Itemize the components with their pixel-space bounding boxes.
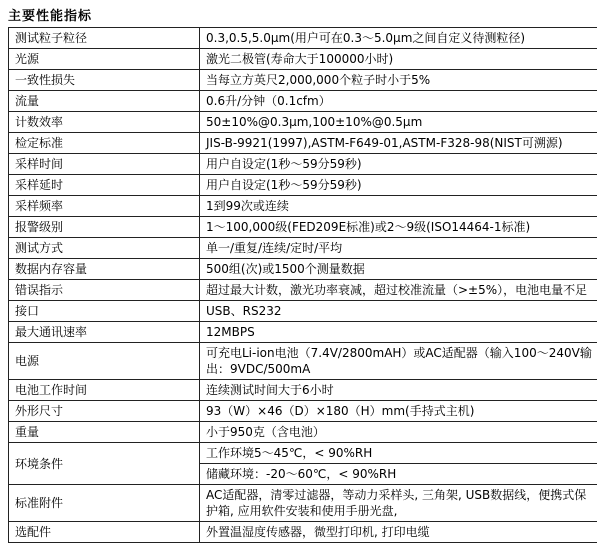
spec-label: 外形尺寸 — [9, 401, 200, 422]
spec-value: 激光二极管(寿命大于100000小时) — [200, 49, 597, 70]
spec-label: 计数效率 — [9, 112, 200, 133]
spec-value: 用户自设定(1秒～59分59秒) — [200, 175, 597, 196]
table-row: 接口USB、RS232 — [9, 301, 597, 322]
table-row: 光源激光二极管(寿命大于100000小时) — [9, 49, 597, 70]
spec-value: 1～100,000级(FED209E标准)或2～9级(ISO14464-1标准) — [200, 217, 597, 238]
spec-label: 一致性损失 — [9, 70, 200, 91]
spec-page: 主要性能指标 测试粒子粒径0.3,0.5,5.0μm(用户可在0.3～5.0μm… — [0, 0, 597, 526]
table-row: 采样频率1到99次或连续 — [9, 196, 597, 217]
spec-label: 报警级别 — [9, 217, 200, 238]
spec-label: 标准附件 — [9, 485, 200, 522]
table-row: 采样时间用户自设定(1秒～59分59秒) — [9, 154, 597, 175]
table-row: 环境条件工作环境5～45℃，< 90%RH — [9, 443, 597, 464]
table-row: 外形尺寸93（W）×46（D）×180（H）mm(手持式主机) — [9, 401, 597, 422]
table-row: 检定标准JIS-B-9921(1997),ASTM-F649-01,ASTM-F… — [9, 133, 597, 154]
table-row: 电源可充电Li-ion电池（7.4V/2800mAH）或AC适配器（输入100～… — [9, 343, 597, 380]
spec-value: JIS-B-9921(1997),ASTM-F649-01,ASTM-F328-… — [200, 133, 597, 154]
table-row: 数据内存容量500组(次)或1500个测量数据 — [9, 259, 597, 280]
spec-value: 500组(次)或1500个测量数据 — [200, 259, 597, 280]
spec-label: 最大通讯速率 — [9, 322, 200, 343]
spec-value: 可充电Li-ion电池（7.4V/2800mAH）或AC适配器（输入100～24… — [200, 343, 597, 380]
spec-label: 选配件 — [9, 522, 200, 543]
spec-value: 连续测试时间大于6小时 — [200, 380, 597, 401]
table-row: 标准附件AC适配器，清零过滤器，等动力采样头, 三角架, USB数据线，便携式保… — [9, 485, 597, 522]
spec-label: 错误指示 — [9, 280, 200, 301]
table-row: 错误指示超过最大计数，激光功率衰减，超过校准流量（>±5%），电池电量不足 — [9, 280, 597, 301]
spec-label: 电源 — [9, 343, 200, 380]
spec-label: 接口 — [9, 301, 200, 322]
spec-value: 当每立方英尺2,000,000个粒子时小于5% — [200, 70, 597, 91]
table-row: 流量0.6升/分钟（0.1cfm） — [9, 91, 597, 112]
spec-label: 流量 — [9, 91, 200, 112]
table-row: 选配件外置温湿度传感器，微型打印机, 打印电缆 — [9, 522, 597, 543]
spec-value: 12MBPS — [200, 322, 597, 343]
spec-value: USB、RS232 — [200, 301, 597, 322]
spec-label: 数据内存容量 — [9, 259, 200, 280]
table-row: 重量小于950克（含电池） — [9, 422, 597, 443]
spec-table-body: 测试粒子粒径0.3,0.5,5.0μm(用户可在0.3～5.0μm之间自定义待测… — [9, 28, 597, 543]
spec-value: 储藏环境：-20～60℃，< 90%RH — [200, 464, 597, 485]
table-row: 报警级别1～100,000级(FED209E标准)或2～9级(ISO14464-… — [9, 217, 597, 238]
spec-label: 测试粒子粒径 — [9, 28, 200, 49]
spec-table: 测试粒子粒径0.3,0.5,5.0μm(用户可在0.3～5.0μm之间自定义待测… — [8, 27, 597, 543]
spec-value: 小于950克（含电池） — [200, 422, 597, 443]
spec-label: 环境条件 — [9, 443, 200, 485]
spec-value: AC适配器，清零过滤器，等动力采样头, 三角架, USB数据线，便携式保护箱, … — [200, 485, 597, 522]
spec-value: 50±10%@0.3μm,100±10%@0.5μm — [200, 112, 597, 133]
spec-value: 0.3,0.5,5.0μm(用户可在0.3～5.0μm之间自定义待测粒径) — [200, 28, 597, 49]
spec-value: 外置温湿度传感器，微型打印机, 打印电缆 — [200, 522, 597, 543]
spec-label: 电池工作时间 — [9, 380, 200, 401]
spec-label: 采样频率 — [9, 196, 200, 217]
page-title: 主要性能指标 — [0, 0, 597, 27]
spec-value: 工作环境5～45℃，< 90%RH — [200, 443, 597, 464]
spec-label: 采样时间 — [9, 154, 200, 175]
spec-value: 单一/重复/连续/定时/平均 — [200, 238, 597, 259]
spec-value: 用户自设定(1秒～59分59秒) — [200, 154, 597, 175]
table-row: 计数效率50±10%@0.3μm,100±10%@0.5μm — [9, 112, 597, 133]
table-row: 采样延时用户自设定(1秒～59分59秒) — [9, 175, 597, 196]
spec-value: 1到99次或连续 — [200, 196, 597, 217]
table-row: 最大通讯速率12MBPS — [9, 322, 597, 343]
spec-value: 0.6升/分钟（0.1cfm） — [200, 91, 597, 112]
spec-label: 测试方式 — [9, 238, 200, 259]
table-row: 测试方式单一/重复/连续/定时/平均 — [9, 238, 597, 259]
spec-value: 93（W）×46（D）×180（H）mm(手持式主机) — [200, 401, 597, 422]
spec-value: 超过最大计数，激光功率衰减，超过校准流量（>±5%），电池电量不足 — [200, 280, 597, 301]
table-row: 电池工作时间连续测试时间大于6小时 — [9, 380, 597, 401]
spec-label: 检定标准 — [9, 133, 200, 154]
table-row: 测试粒子粒径0.3,0.5,5.0μm(用户可在0.3～5.0μm之间自定义待测… — [9, 28, 597, 49]
spec-label: 重量 — [9, 422, 200, 443]
spec-label: 光源 — [9, 49, 200, 70]
table-row: 一致性损失当每立方英尺2,000,000个粒子时小于5% — [9, 70, 597, 91]
spec-label: 采样延时 — [9, 175, 200, 196]
